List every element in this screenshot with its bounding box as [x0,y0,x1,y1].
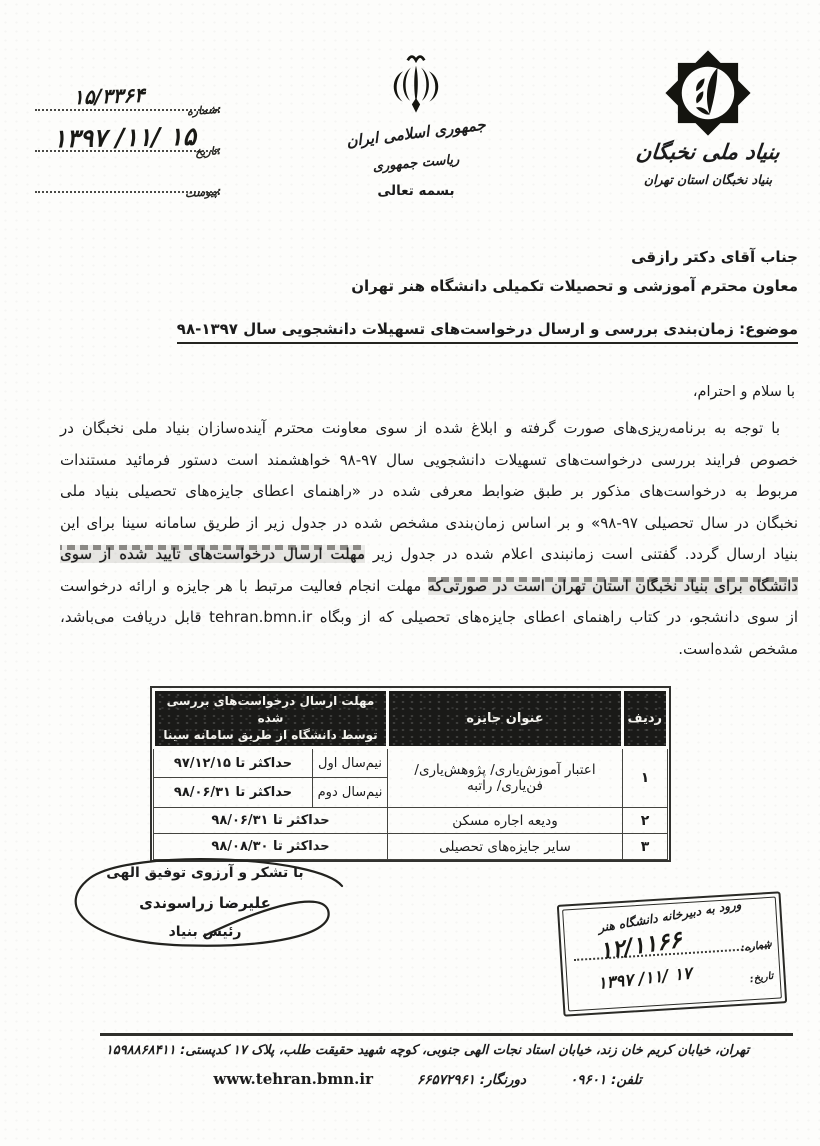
row1-sem2-label: نیم‌سال دوم [313,778,388,808]
iran-emblem-icon [330,52,502,120]
date-row: ۱۳۹۷ /۱۱/ ۱۵ تاریخ: [35,111,219,152]
row3-index: ۳ [623,834,668,860]
row1-index: ۱ [623,748,668,808]
org-name: بنیاد ملی نخبگان [611,140,806,164]
footer-fax: دورنگار: ۶۶۵۷۲۹۶۱ [417,1072,526,1088]
footer-address: تهران، خیابان کریم خان زند، خیابان استاد… [60,1043,795,1058]
salutation: با سلام و احترام، [693,384,795,400]
row1-sem2-deadline: حداکثر تا ۹۸/۰۶/۳۱ [154,778,313,808]
bismillah: بسمه تعالی [330,183,502,199]
org-branch: بنیاد نخبگان استان تهران [612,172,804,187]
footer-website: www.tehran.bmn.ir [213,1070,373,1088]
closing-thanks: با تشکر و آرزوی توفیق الهی [72,858,338,888]
row2-award: ودیعه اجاره مسکن [388,808,623,834]
recipient-title: معاون محترم آموزشی و تحصیلات تکمیلی دانش… [351,272,798,301]
header-award-title: عنوان جایزه [388,690,623,748]
presidency-title: ریاست جمهوری [330,149,503,179]
footer-fax-label: دورنگار: [480,1072,526,1088]
row1-sem1-label: نیم‌سال اول [313,748,388,778]
number-row: ۱۵/۳۳۶۴ شماره: [35,70,219,111]
stamp-date-value: ۱۳۹۷ /۱۱/ ۱۷ [597,963,693,993]
header-row-number: ردیف [623,690,668,748]
organization-header: بنیاد ملی نخبگان بنیاد نخبگان استان تهرا… [612,50,804,187]
subject-line: موضوع: زمان‌بندی بررسی و ارسال درخواست‌ه… [60,320,798,338]
footer-divider [100,1033,793,1036]
attachment-label: پیوست: [184,185,221,201]
closing-block: با تشکر و آرزوی توفیق الهی علیرضا زراسون… [72,858,338,946]
table-row: ۱ اعتبار آموزش‌یاری/ پژوهش‌یاری/ فن‌یاری… [154,748,668,778]
footer-phone-value: ۰۹۶۰۱ [570,1072,606,1088]
receipt-stamp: ورود به دبیرخانه دانشگاه هنر ۱۲/۱۱۶۶ شما… [557,891,787,1016]
table-row: ۲ ودیعه اجاره مسکن حداکثر تا ۹۸/۰۶/۳۱ [154,808,668,834]
footer-phone: تلفن: ۰۹۶۰۱ [570,1072,642,1088]
recipient-block: جناب آقای دکتر رازقی معاون محترم آموزشی … [351,243,798,301]
footer-phone-label: تلفن: [611,1072,642,1088]
number-value: ۱۵/۳۳۶۴ [73,83,146,109]
row1-award: اعتبار آموزش‌یاری/ پژوهش‌یاری/ فن‌یاری/ … [388,748,623,808]
row2-deadline: حداکثر تا ۹۸/۰۶/۳۱ [154,808,388,834]
government-header: جمهوری اسلامی ایران ریاست جمهوری بسمه تع… [330,52,502,199]
row3-award: سایر جایزه‌های تحصیلی [388,834,623,860]
row1-sem1-deadline: حداکثر تا ۹۷/۱۲/۱۵ [154,748,313,778]
scanned-letter-page: ۱۵/۳۳۶۴ شماره: ۱۳۹۷ /۱۱/ ۱۵ تاریخ: پیوست… [0,0,820,1146]
bmn-seal-icon [612,50,804,136]
signer-name: علیرضا زراسوندی [72,888,338,918]
letterhead-fields: ۱۵/۳۳۶۴ شماره: ۱۳۹۷ /۱۱/ ۱۵ تاریخ: پیوست… [35,70,219,193]
header-deadline: مهلت ارسال درخواست‌های بررسی شده توسط دا… [154,690,388,748]
recipient-name: جناب آقای دکتر رازقی [351,243,798,272]
row2-index: ۲ [623,808,668,834]
body-part1: با توجه به برنامه‌ریزی‌های صورت گرفته و … [60,419,798,563]
stamp-date-label: تاریخ: [749,971,774,986]
signer-title: رئیس بنیاد [72,918,338,946]
attachment-row: پیوست: [35,152,219,193]
footer-contact: تلفن: ۰۹۶۰۱ دورنگار: ۶۶۵۷۲۹۶۱ www.tehran… [60,1070,795,1088]
footer-fax-value: ۶۶۵۷۲۹۶۱ [417,1072,475,1088]
body-paragraph: با توجه به برنامه‌ریزی‌های صورت گرفته و … [60,413,798,665]
table-row: ۳ سایر جایزه‌های تحصیلی حداکثر تا ۹۸/۰۸/… [154,834,668,860]
date-value: ۱۳۹۷ /۱۱/ ۱۵ [53,122,197,153]
schedule-table: ردیف عنوان جایزه مهلت ارسال درخواست‌های … [150,686,671,862]
row3-deadline: حداکثر تا ۹۸/۰۸/۳۰ [154,834,388,860]
